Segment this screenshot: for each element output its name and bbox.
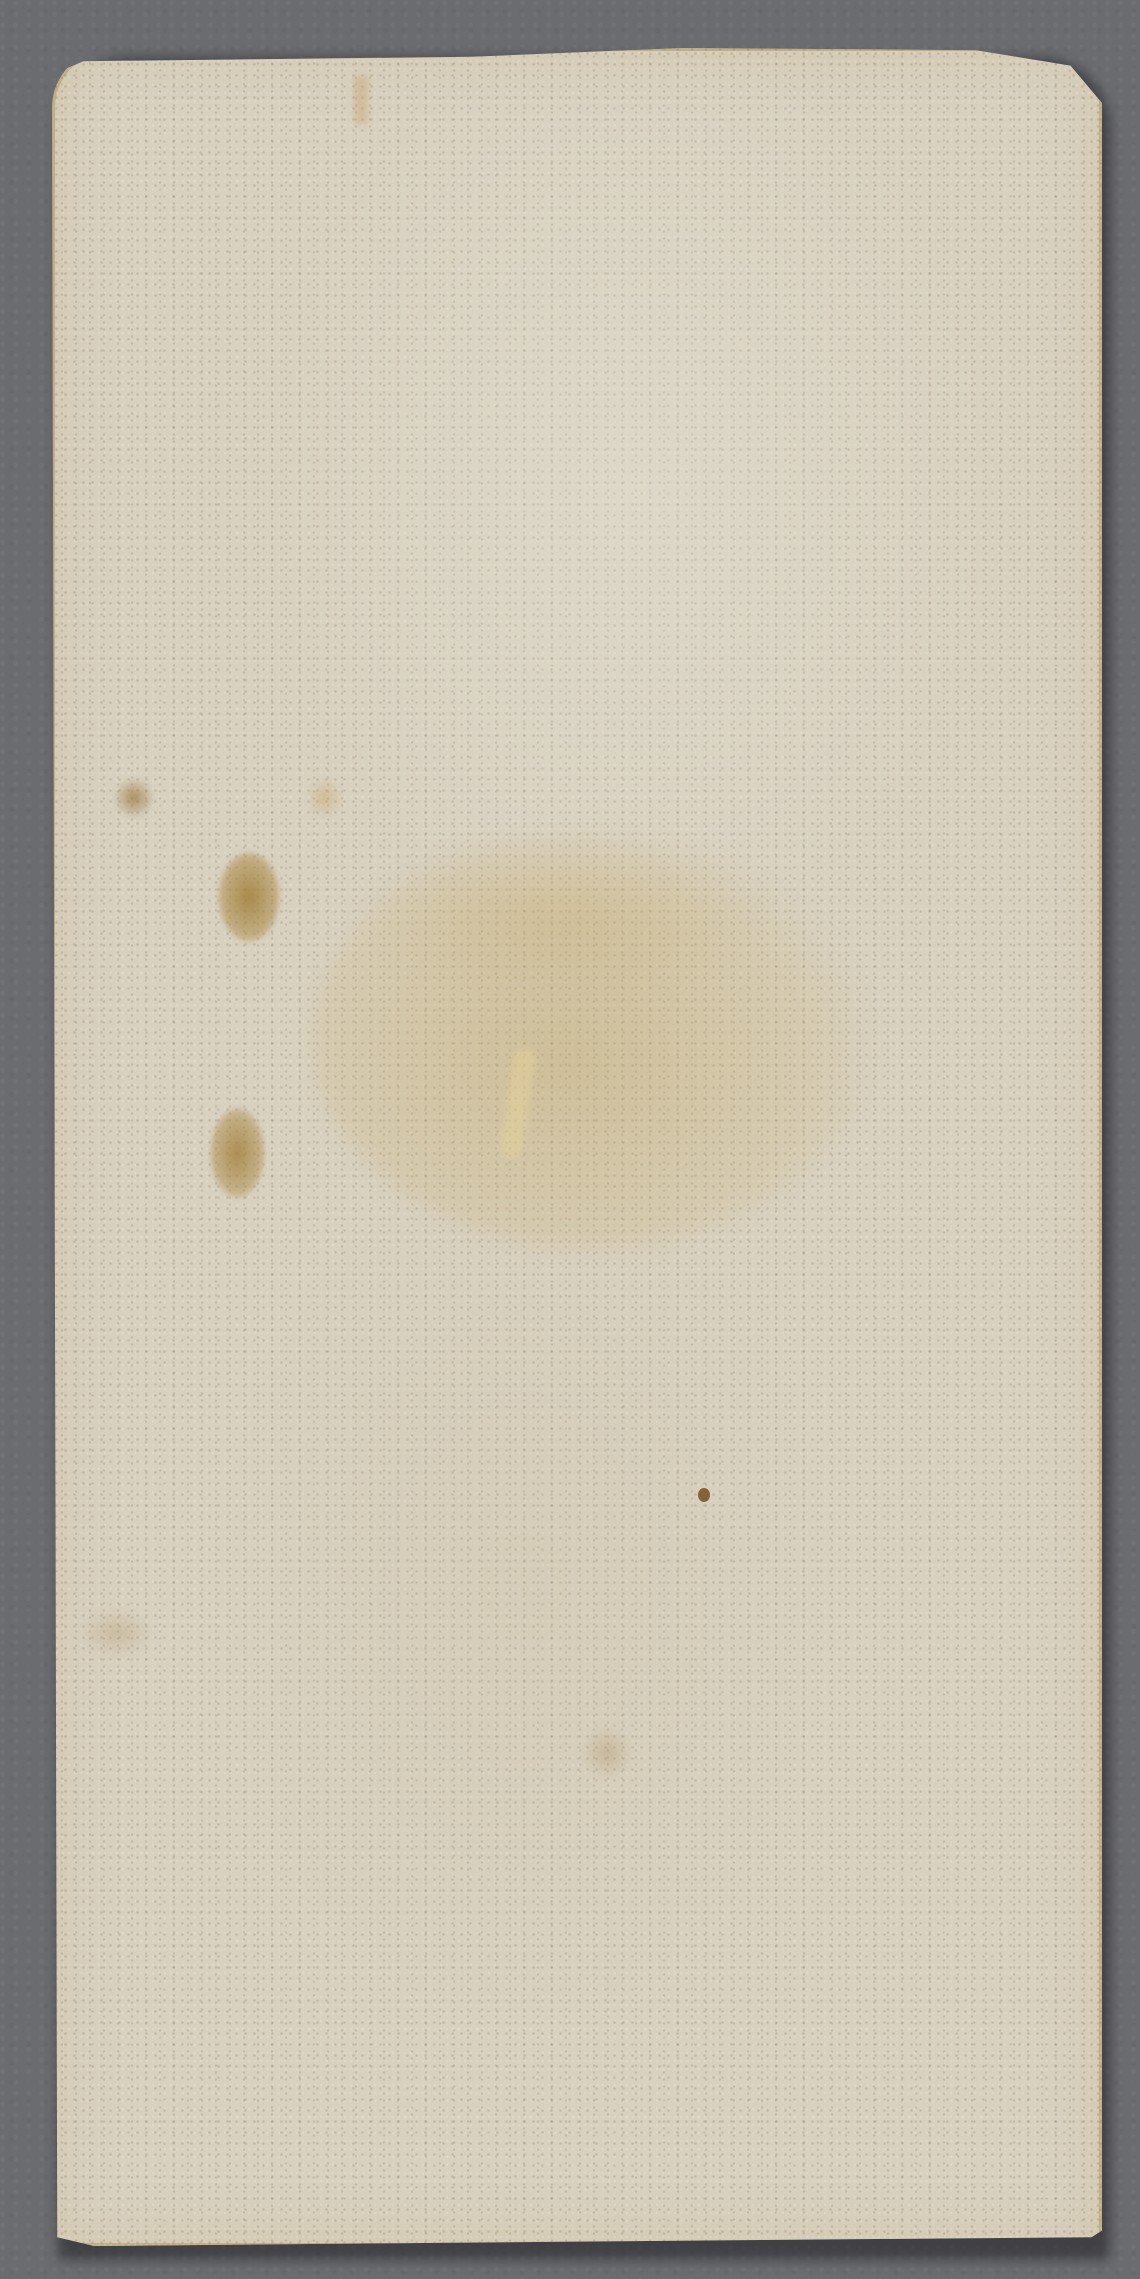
top-edge-mark bbox=[354, 76, 368, 124]
stain-spot bbox=[218, 852, 280, 942]
stain-spot bbox=[82, 1608, 152, 1658]
stain-spot bbox=[210, 1108, 265, 1198]
stain-spot bbox=[698, 1488, 710, 1502]
stain-spot bbox=[582, 1728, 632, 1778]
stain-spot bbox=[114, 778, 154, 818]
stain-large bbox=[312, 828, 872, 1248]
stain-spot bbox=[307, 778, 342, 818]
card-back bbox=[52, 48, 1102, 2246]
